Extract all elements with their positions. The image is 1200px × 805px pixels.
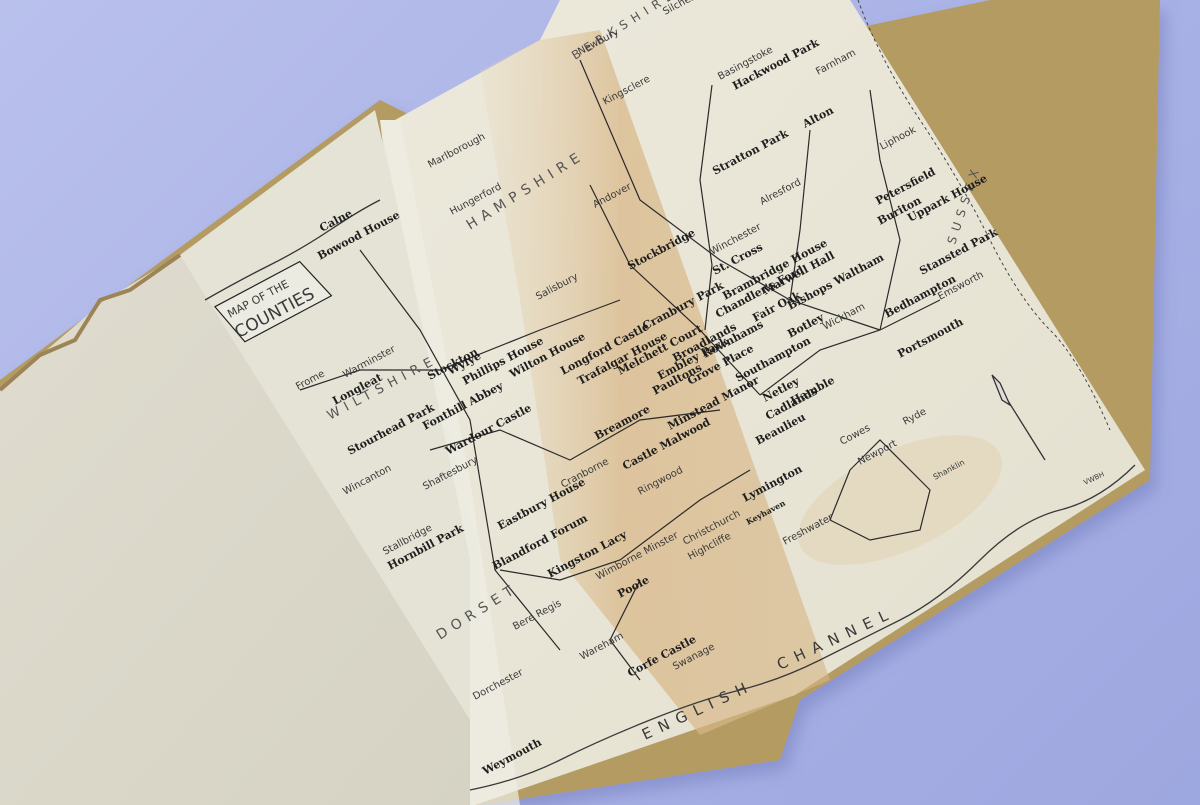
book-photo: MAP OF THE COUNTIES WILTSHIRE HAMPSHIRE … bbox=[0, 0, 1200, 805]
photo-scene: MAP OF THE COUNTIES WILTSHIRE HAMPSHIRE … bbox=[0, 0, 1200, 805]
